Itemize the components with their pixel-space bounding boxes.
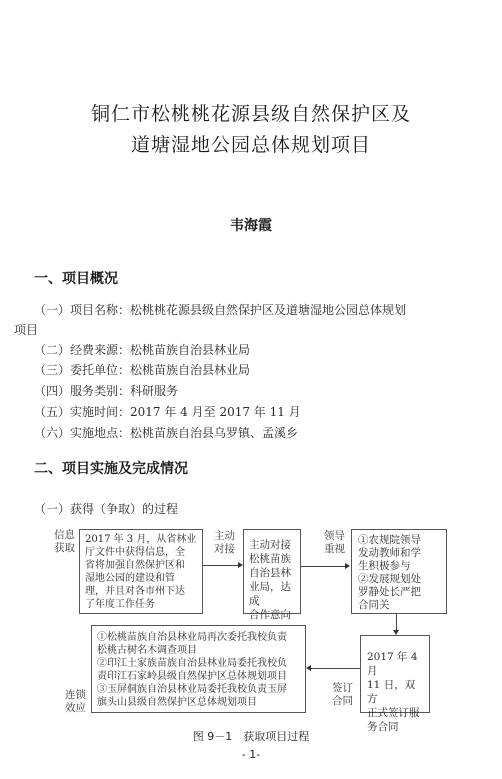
item-value: 松桃苗族自治县林业局 <box>130 343 250 357</box>
item-project-name: （一）项目名称：松桃桃花源县级自然保护区及道塘湿地公园总体规划 <box>34 302 406 318</box>
document-title-line2: 道塘湿地公园总体规划项目 <box>0 131 502 159</box>
flow-box-chain-effect: ①松桃苗族自治县林业局再次委托我校负责 松桃古树名木调查项目 ②印江土家族苗族自… <box>91 625 306 713</box>
section1-heading: 一、项目概况 <box>34 268 118 288</box>
label-leadership: 领导 重视 <box>324 530 345 556</box>
section2-heading: 二、项目实施及完成情况 <box>34 458 188 478</box>
label-info-acquisition: 信息 获取 <box>54 529 75 555</box>
document-title-line1: 铜仁市松桃桃花源县级自然保护区及 <box>0 100 502 128</box>
item-label: （四）服务类别： <box>34 384 130 398</box>
item-label: （三）委托单位： <box>34 363 130 377</box>
connector-line <box>301 566 346 567</box>
label-sign-contract: 签订 合同 <box>332 682 353 708</box>
flow-box-contract: 2017 年 4 月 11 日，双方 正式签订服 务合同 <box>360 635 430 713</box>
arrow-right-icon <box>345 563 350 569</box>
author-name: 韦海霞 <box>0 215 502 235</box>
item-value: 松桃桃花源县级自然保护区及道塘湿地公园总体规划 <box>130 303 406 317</box>
label-active-contact: 主动 对接 <box>214 530 235 556</box>
item-period: （五）实施时间：2017 年 4 月至 2017 年 11 月 <box>34 404 301 420</box>
flow-box-leadership: ①农规院领导 发动教师和学 生积极参与 ②发展规划处 罗静处长严把 合同关 <box>351 529 447 614</box>
page-number: - 1- <box>0 748 502 761</box>
item-value: 科研服务 <box>130 384 178 398</box>
item-value: 2017 年 4 月至 2017 年 11 月 <box>130 405 301 419</box>
item-value: 松桃苗族自治县林业局 <box>130 363 250 377</box>
label-chain-effect: 连锁 效应 <box>65 689 86 715</box>
arrow-left-icon <box>306 665 311 671</box>
flow-box-info: 2017 年 3 月，从省林业 厅文件中获得信息，全 省将加强自然保护区和 湿地… <box>79 529 203 614</box>
item-funding-source: （二）经费来源：松桃苗族自治县林业局 <box>34 342 250 358</box>
connector-line <box>396 614 397 631</box>
flow-box-contact: 主动对接 松桃苗族 自治县林 业局，达成 合作意向 <box>243 529 301 614</box>
figure-caption: 图 9－1 获取项目过程 <box>0 728 502 744</box>
item-label: （二）经费来源： <box>34 343 130 357</box>
item-client: （三）委托单位：松桃苗族自治县林业局 <box>34 362 250 378</box>
connector-line <box>311 668 360 669</box>
item-service-type: （四）服务类别：科研服务 <box>34 383 178 399</box>
item-project-name-continuation: 项目 <box>14 321 38 338</box>
item-label: （五）实施时间： <box>34 405 130 419</box>
item-location: （六）实施地点：松桃苗族自治县乌罗镇、孟溪乡 <box>34 425 298 441</box>
section2-subheading: （一）获得（争取）的过程 <box>34 501 178 517</box>
item-label: （一）项目名称： <box>34 303 130 317</box>
connector-line <box>203 565 239 566</box>
item-label: （六）实施地点： <box>34 426 130 440</box>
item-value: 松桃苗族自治县乌罗镇、孟溪乡 <box>130 426 298 440</box>
